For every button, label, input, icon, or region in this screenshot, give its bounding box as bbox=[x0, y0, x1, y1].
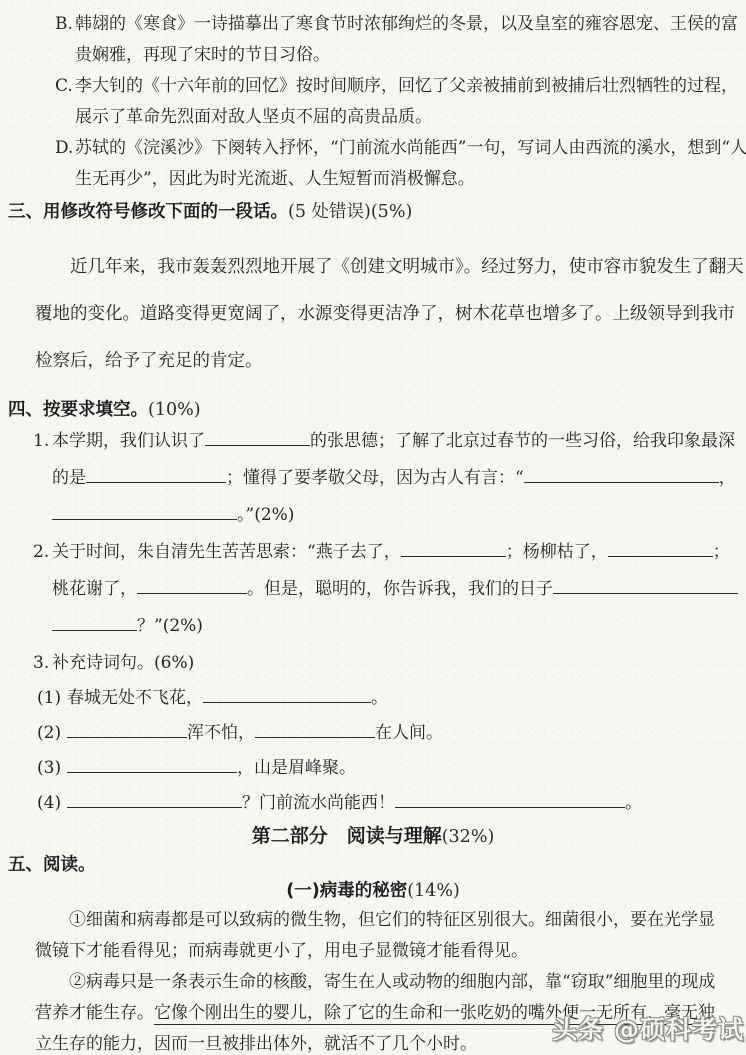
text-line: D.苏轼的《浣溪沙》下阕转入抒怀，“门前流水尚能西”一句，写词人由西流的溪水，想… bbox=[75, 133, 746, 164]
text-run: 的张思德；了解了北京过春节的一些习俗，给我印象最深 bbox=[310, 431, 735, 451]
text-run: 营养才能生存。 bbox=[35, 1003, 154, 1023]
text-line: ②病毒只是一条表示生命的核酸，寄生在人或动物的细胞内部，靠“窃取”细胞里的现成 bbox=[35, 967, 740, 998]
text-run: ；懂得了要孝敬父母，因为古人有言：“ bbox=[226, 468, 524, 488]
text-line: 1.本学期，我们认识了的张思德；了解了北京过春节的一些习俗，给我印象最深 bbox=[52, 423, 746, 460]
text-run: 检察后，给予了充足的肯定。 bbox=[35, 351, 263, 371]
fill-blank bbox=[52, 613, 137, 631]
text-line: 贵娴雅，再现了宋时的节日习俗。 bbox=[75, 40, 746, 71]
fill-blank bbox=[524, 465, 719, 483]
fill-item-2: 2.关于时间，朱自清先生苦苦思索：“燕子去了，；杨柳枯了，；桃花谢了，。但是，聪… bbox=[0, 534, 746, 645]
fill-blank bbox=[401, 539, 506, 557]
fill-blank bbox=[86, 465, 226, 483]
text-run: ？”(2%) bbox=[137, 616, 203, 636]
text-run: 。 bbox=[625, 793, 642, 813]
fill-blank bbox=[203, 685, 371, 703]
text-run: ； bbox=[713, 542, 730, 562]
text-run: 贵娴雅，再现了宋时的节日习俗。 bbox=[75, 45, 330, 65]
text-run: 生无再少”，因此为时光流逝、人生短暂而消极懈怠。 bbox=[75, 169, 475, 189]
section3-heading-title: 三、用修改符号修改下面的一段话。 bbox=[8, 202, 288, 222]
section5-heading-title: 五、阅读。 bbox=[8, 855, 96, 875]
section3-heading: 三、用修改符号修改下面的一段话。(5 处错误)(5%) bbox=[8, 197, 746, 227]
item-number: (2) bbox=[37, 716, 67, 751]
fill-blank bbox=[67, 790, 242, 808]
text-line: (4)？门前流水尚能西！。 bbox=[67, 786, 746, 821]
text-run: ②病毒只是一条表示生命的核酸，寄生在人或动物的细胞内部，靠“窃取”细胞里的现成 bbox=[35, 972, 715, 992]
text-run: ，山是眉峰聚。 bbox=[237, 758, 356, 778]
passage-paragraph-1: ①细菌和病毒都是可以致病的微生物，但它们的特征区别很大。细菌很小，要在光学显微镜… bbox=[35, 905, 740, 967]
fill-blank bbox=[255, 720, 375, 738]
text-line: 桃花谢了，。但是，聪明的，你告诉我，我们的日子 bbox=[52, 571, 746, 608]
fill-blank bbox=[608, 539, 713, 557]
passage-title-text: (一)病毒的秘密 bbox=[286, 881, 407, 901]
poem-blank-2: (2)浑不怕，在人间。 bbox=[0, 716, 746, 751]
underlined-text: 立生存的能力，因而一旦被排出体外，就活不了几个小时。 bbox=[35, 1034, 477, 1055]
section3-heading-note: (5 处错误)(5%) bbox=[288, 202, 412, 222]
fill-blank bbox=[205, 428, 310, 446]
text-run: 李大钊的《十六年前的回忆》按时间顺序，回忆了父亲被捕前到被捕后壮烈牺牲的过程， bbox=[75, 76, 738, 96]
item-number: C. bbox=[55, 71, 75, 102]
section4-heading-note: (10%) bbox=[148, 400, 201, 420]
exam-paper-page: B.韩翃的《寒食》一诗描摹出了寒食节时浓郁绚烂的冬景，以及皇室的雍容恩宠、王侯的… bbox=[0, 0, 746, 1055]
text-run: 的是 bbox=[52, 468, 86, 488]
text-line: 近几年来，我市轰轰烈烈地开展了《创建文明城市》。经过努力，使市容市貌发生了翻天 bbox=[35, 244, 740, 291]
item-number: 2. bbox=[33, 534, 52, 571]
text-run: 浑不怕， bbox=[187, 723, 255, 743]
poem-blank-3: (3)，山是眉峰聚。 bbox=[0, 751, 746, 786]
item-number: 1. bbox=[33, 423, 52, 460]
text-line: (2)浑不怕，在人间。 bbox=[67, 716, 746, 751]
text-run: 近几年来，我市轰轰烈烈地开展了《创建文明城市》。经过努力，使市容市貌发生了翻天 bbox=[35, 257, 744, 277]
text-run: 在人间。 bbox=[375, 723, 443, 743]
passage-title-note: (14%) bbox=[407, 881, 460, 901]
text-line: (3)，山是眉峰聚。 bbox=[67, 751, 746, 786]
text-line: 微镜下才能看得见；而病毒就更小了，用电子显微镜才能看得见。 bbox=[35, 936, 740, 967]
text-line: ①细菌和病毒都是可以致病的微生物，但它们的特征区别很大。细菌很小，要在光学显 bbox=[35, 905, 740, 936]
text-line: B.韩翃的《寒食》一诗描摹出了寒食节时浓郁绚烂的冬景，以及皇室的雍容恩宠、王侯的… bbox=[75, 9, 746, 40]
text-run: 关于时间，朱自清先生苦苦思索：“燕子去了， bbox=[52, 542, 401, 562]
item-number: (4) bbox=[37, 786, 67, 821]
choice-option-d: D.苏轼的《浣溪沙》下阕转入抒怀，“门前流水尚能西”一句，写词人由西流的溪水，想… bbox=[0, 133, 746, 195]
text-run: 春城无处不飞花， bbox=[67, 688, 203, 708]
passage-title: (一)病毒的秘密(14%) bbox=[0, 878, 746, 905]
fill-blank bbox=[137, 576, 247, 594]
text-line: (1)春城无处不飞花，。 bbox=[67, 681, 746, 716]
choice-option-b: B.韩翃的《寒食》一诗描摹出了寒食节时浓郁绚烂的冬景，以及皇室的雍容恩宠、王侯的… bbox=[0, 9, 746, 71]
section3-paragraph: 近几年来，我市轰轰烈烈地开展了《创建文明城市》。经过努力，使市容市貌发生了翻天覆… bbox=[35, 244, 740, 385]
text-run: 韩翃的《寒食》一诗描摹出了寒食节时浓郁绚烂的冬景，以及皇室的雍容恩宠、王侯的富 bbox=[75, 14, 738, 34]
text-run: 补充诗词句。(6%) bbox=[52, 653, 194, 673]
text-line: 3.补充诗词句。(6%) bbox=[52, 645, 746, 681]
text-line: 展示了革命先烈面对敌人坚贞不屈的高贵品质。 bbox=[75, 102, 746, 133]
section4-heading: 四、按要求填空。(10%) bbox=[8, 397, 746, 423]
item-number: D. bbox=[55, 133, 75, 164]
text-run: 。”(2%) bbox=[237, 505, 294, 525]
part2-heading: 第二部分 阅读与理解(32%) bbox=[0, 821, 746, 852]
fill-blank bbox=[395, 790, 625, 808]
text-line: 。”(2%) bbox=[52, 497, 746, 534]
section4-heading-title: 四、按要求填空。 bbox=[8, 400, 148, 420]
text-run: 微镜下才能看得见；而病毒就更小了，用电子显微镜才能看得见。 bbox=[35, 941, 528, 961]
text-line: 2.关于时间，朱自清先生苦苦思索：“燕子去了，；杨柳枯了，； bbox=[52, 534, 746, 571]
text-run: 苏轼的《浣溪沙》下阕转入抒怀，“门前流水尚能西”一句，写词人由西流的溪水，想到“… bbox=[75, 138, 746, 158]
text-run: 。 bbox=[371, 688, 388, 708]
text-line: ？”(2%) bbox=[52, 608, 746, 645]
text-run: ？门前流水尚能西！ bbox=[242, 793, 395, 813]
multiple-choice-options: B.韩翃的《寒食》一诗描摹出了寒食节时浓郁绚烂的冬景，以及皇室的雍容恩宠、王侯的… bbox=[0, 0, 746, 195]
text-line: 覆地的变化。道路变得更宽阔了，水源变得更洁净了，树木花草也增多了。上级领导到我市 bbox=[35, 291, 740, 338]
fill-item-3: 3.补充诗词句。(6%) bbox=[0, 645, 746, 681]
part2-heading-note: (32%) bbox=[442, 827, 495, 847]
text-run: 覆地的变化。道路变得更宽阔了，水源变得更洁净了，树木花草也增多了。上级领导到我市 bbox=[35, 304, 735, 324]
section5-heading: 五、阅读。 bbox=[8, 852, 746, 878]
item-number: B. bbox=[55, 9, 75, 40]
fill-blank bbox=[553, 576, 738, 594]
poem-blank-4: (4)？门前流水尚能西！。 bbox=[0, 786, 746, 821]
item-number: 3. bbox=[33, 645, 52, 681]
fill-blank bbox=[67, 755, 237, 773]
watermark-text: 头条 @硕科考试 bbox=[552, 1010, 744, 1046]
text-run: ①细菌和病毒都是可以致病的微生物，但它们的特征区别很大。细菌很小，要在光学显 bbox=[35, 910, 715, 930]
text-line: 的是；懂得了要孝敬父母，因为古人有言：“， bbox=[52, 460, 746, 497]
text-run: 桃花谢了， bbox=[52, 579, 137, 599]
fill-blank bbox=[52, 502, 237, 520]
choice-option-c: C.李大钊的《十六年前的回忆》按时间顺序，回忆了父亲被捕前到被捕后壮烈牺牲的过程… bbox=[0, 71, 746, 133]
text-run: 本学期，我们认识了 bbox=[52, 431, 205, 451]
text-line: C.李大钊的《十六年前的回忆》按时间顺序，回忆了父亲被捕前到被捕后壮烈牺牲的过程… bbox=[75, 71, 746, 102]
text-run: ；杨柳枯了， bbox=[506, 542, 608, 562]
text-line: 检察后，给予了充足的肯定。 bbox=[35, 338, 740, 385]
text-run: 。但是，聪明的，你告诉我，我们的日子 bbox=[247, 579, 553, 599]
fill-blank bbox=[67, 720, 187, 738]
text-line: 生无再少”，因此为时光流逝、人生短暂而消极懈怠。 bbox=[75, 164, 746, 195]
part2-heading-title: 第二部分 阅读与理解 bbox=[252, 825, 442, 847]
poem-blank-1: (1)春城无处不飞花，。 bbox=[0, 681, 746, 716]
text-run: ， bbox=[719, 468, 736, 488]
text-run: 展示了革命先烈面对敌人坚贞不屈的高贵品质。 bbox=[75, 107, 432, 127]
fill-item-1: 1.本学期，我们认识了的张思德；了解了北京过春节的一些习俗，给我印象最深的是；懂… bbox=[0, 423, 746, 534]
item-number: (1) bbox=[37, 681, 67, 716]
item-number: (3) bbox=[37, 751, 67, 786]
